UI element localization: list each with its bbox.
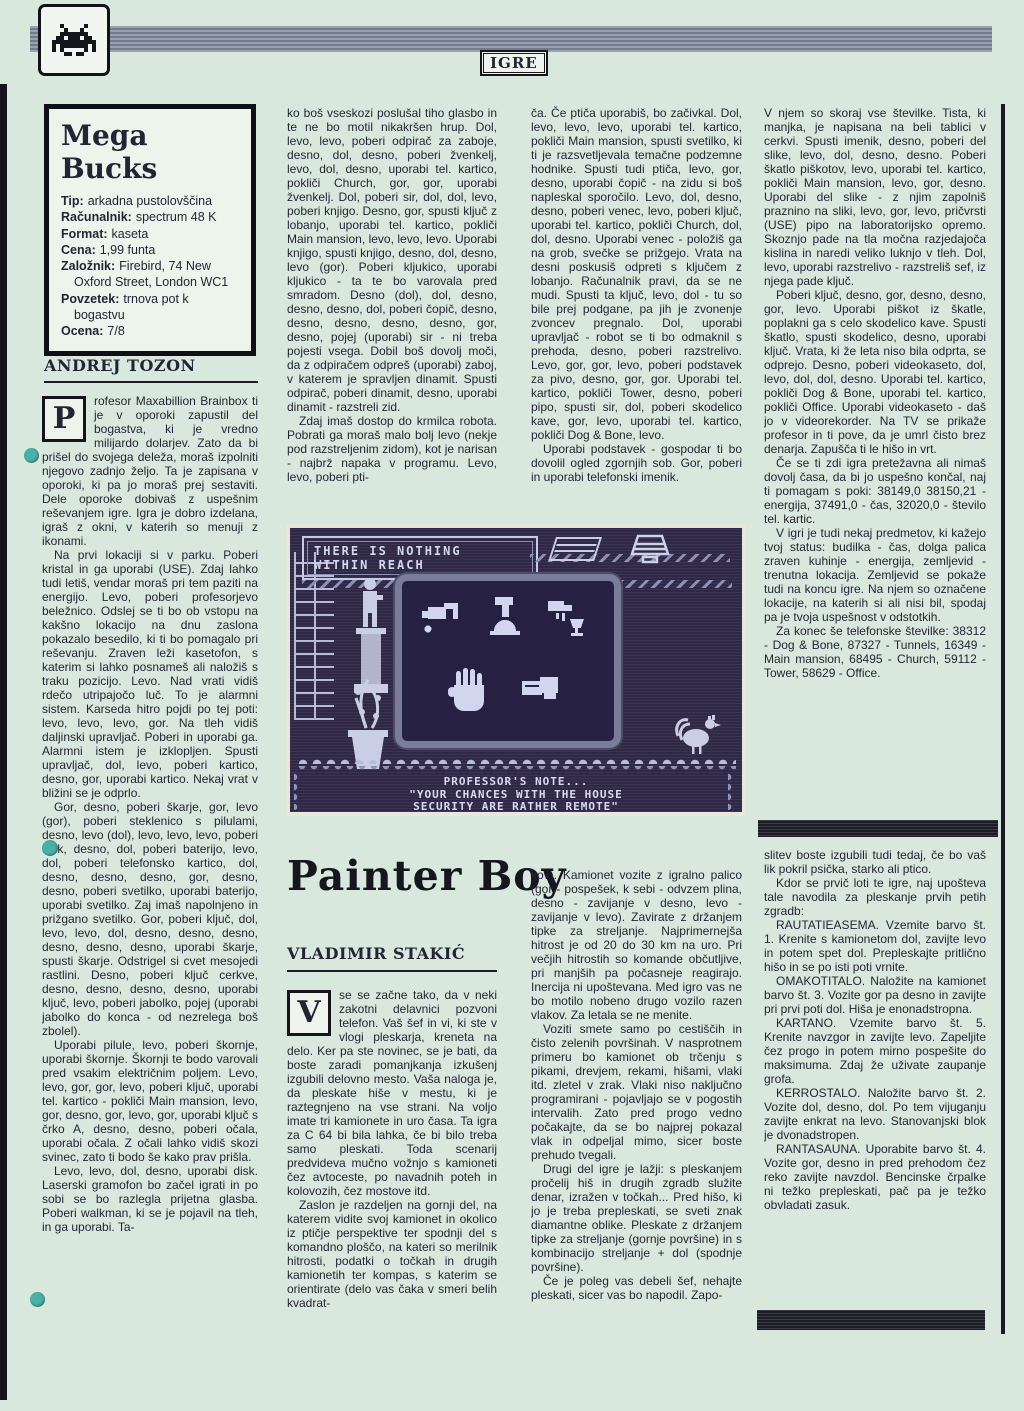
hand-card-icon (518, 667, 568, 713)
paragraph: Uporabi podstavek - gospodar ti bo dovol… (531, 442, 742, 484)
page-left-edge (0, 84, 7, 1400)
paragraph: Drugi del igre je lažji: s pleskanjem pr… (531, 1162, 742, 1274)
header-stripe-bar (30, 26, 992, 52)
article1-column-3: ča. Če ptiča uporabiš, bo začivkal. Dol,… (531, 106, 742, 540)
article1-column-4: V njem so skoraj vse številke. Tista, ki… (764, 106, 986, 816)
paragraph: Na prvi lokaciji si v parku. Poberi kris… (42, 548, 258, 800)
paragraph: V njem so skoraj vse številke. Tista, ki… (764, 106, 986, 288)
article2-column-3: kov). Kamionet vozite z igralno palico (… (531, 868, 742, 1332)
info-field: Računalnik:spectrum 48 K (61, 209, 239, 225)
left-border-pattern (294, 772, 304, 810)
paragraph: Voziti smete samo po cestiščih in čisto … (531, 1022, 742, 1162)
note-line3: SECURITY ARE RATHER REMOTE" (310, 801, 722, 812)
ground-pattern (296, 754, 736, 764)
paragraph: RANTASAUNA. Uporabite barvo št. 4. Vozit… (764, 1142, 986, 1212)
byline-rule (44, 381, 258, 383)
section-tag: IGRE (480, 50, 548, 76)
paragraph: Profesor Maxabillion Brainbox ti je v op… (42, 394, 258, 548)
scan-artifact-dot (24, 448, 39, 463)
info-field: Cena:1,99 funta (61, 242, 239, 258)
info-field: Format:kaseta (61, 226, 239, 242)
space-invader-icon (52, 24, 96, 56)
wave-pattern (296, 766, 736, 774)
paragraph: Gor, desno, poberi škarje, gor, levo (go… (42, 800, 258, 1038)
paragraph: Levo, levo, dol, desno, uporabi disk. La… (42, 1164, 258, 1234)
keyboard-icon (542, 534, 606, 564)
paragraph: Za konec še telefonske številke: 38312 -… (764, 624, 986, 680)
paragraph: Če se ti zdi igra pretežavna ali nimaš d… (764, 456, 986, 526)
paragraph: Kdor se prvič loti te igre, naj upošteva… (764, 876, 986, 918)
magazine-page: IGRE Mega Bucks Tip:arkadna pustolovščin… (0, 0, 1024, 1411)
hand-phone-icon (418, 595, 464, 641)
paragraph: OMAKOTITALO. Naložite na kamionet barvo … (764, 974, 986, 1016)
menu-window (395, 574, 621, 748)
paragraph: V igri je tudi nekaj predmetov, ki kažej… (764, 526, 986, 624)
professor-note: PROFESSOR'S NOTE... "YOUR CHANCES WITH T… (310, 776, 722, 812)
paragraph: ko boš vseskozi poslušal tiho glasbo in … (287, 106, 497, 414)
article1-column-1: Profesor Maxabillion Brainbox ti je v op… (42, 394, 258, 1320)
paragraph: RAUTATIEASEMA. Vzemite barvo št. 1. Kren… (764, 918, 986, 974)
scan-artifact-dot (30, 1292, 45, 1307)
lamp-icon (626, 532, 674, 568)
info-field: Povzetek:trnova pot k bogastvu (61, 291, 239, 324)
game-title: Mega Bucks (61, 119, 239, 185)
banner-line1: THERE IS NOTHING (314, 544, 526, 558)
article2-column-4: slitev boste izgubili tudi tedaj, če bo … (764, 848, 986, 1300)
divider-bar-top (758, 820, 998, 837)
game-info-box: Mega Bucks Tip:arkadna pustolovščina Rač… (44, 104, 256, 356)
article2-column-2: Vse se začne tako, da v neki zakotni del… (287, 988, 497, 1330)
article1-author: ANDREJ TOZON (44, 356, 196, 375)
paragraph: Če je poleg vas debeli šef, nehajte ples… (531, 1274, 742, 1302)
paragraph: Zaslon je razdeljen na gornji del, na ka… (287, 1198, 497, 1310)
paragraph: KARTANO. Vzemite barvo št. 5. Krenite na… (764, 1016, 986, 1086)
game-screen: THERE IS NOTHING WITHIN REACH (290, 528, 742, 812)
paragraph: Poberi ključ, desno, gor, desno, desno, … (764, 288, 986, 456)
paragraph: Vse se začne tako, da v neki zakotni del… (287, 988, 497, 1198)
games-section-logo (38, 4, 110, 76)
byline-rule (287, 970, 497, 972)
paragraph: kov). Kamionet vozite z igralno palico (… (531, 868, 742, 1022)
dropcap-letter: P (42, 396, 86, 442)
info-field: Založnik:Firebird, 74 New Oxford Street,… (61, 258, 239, 291)
paragraph: KERROSTALO. Naložite barvo št. 2. Vozite… (764, 1086, 986, 1142)
rooster-graphic (672, 710, 722, 756)
article2-author: VLADIMIR STAKIĆ (287, 944, 465, 963)
hand-pour-icon (544, 593, 590, 639)
scan-artifact-dot (42, 840, 58, 856)
game-screenshot: THERE IS NOTHING WITHIN REACH (286, 524, 746, 816)
right-border-pattern (728, 772, 738, 810)
article1-column-2: ko boš vseskozi poslušal tiho glasbo in … (287, 106, 497, 518)
right-column-rule (1001, 104, 1005, 1334)
paragraph: slitev boste izgubili tudi tedaj, če bo … (764, 848, 986, 876)
paragraph: ča. Če ptiča uporabiš, bo začivkal. Dol,… (531, 106, 742, 442)
paragraph: Zdaj imaš dostop do krmilca robota. Pobr… (287, 414, 497, 484)
banner-line2: WITHIN REACH (314, 558, 526, 572)
dropcap-letter: V (287, 990, 331, 1036)
hand-press-icon (482, 593, 528, 639)
article2-title: Painter Boy (287, 852, 566, 900)
info-field: Ocena:7/8 (61, 323, 239, 339)
section-tag-label: IGRE (490, 54, 538, 72)
paragraph: Uporabi pilule, levo, poberi škornje, up… (42, 1038, 258, 1164)
info-field: Tip:arkadna pustolovščina (61, 193, 239, 209)
note-line1: PROFESSOR'S NOTE... (310, 776, 722, 789)
divider-bar-bottom (757, 1310, 985, 1330)
open-hand-icon (444, 665, 492, 717)
